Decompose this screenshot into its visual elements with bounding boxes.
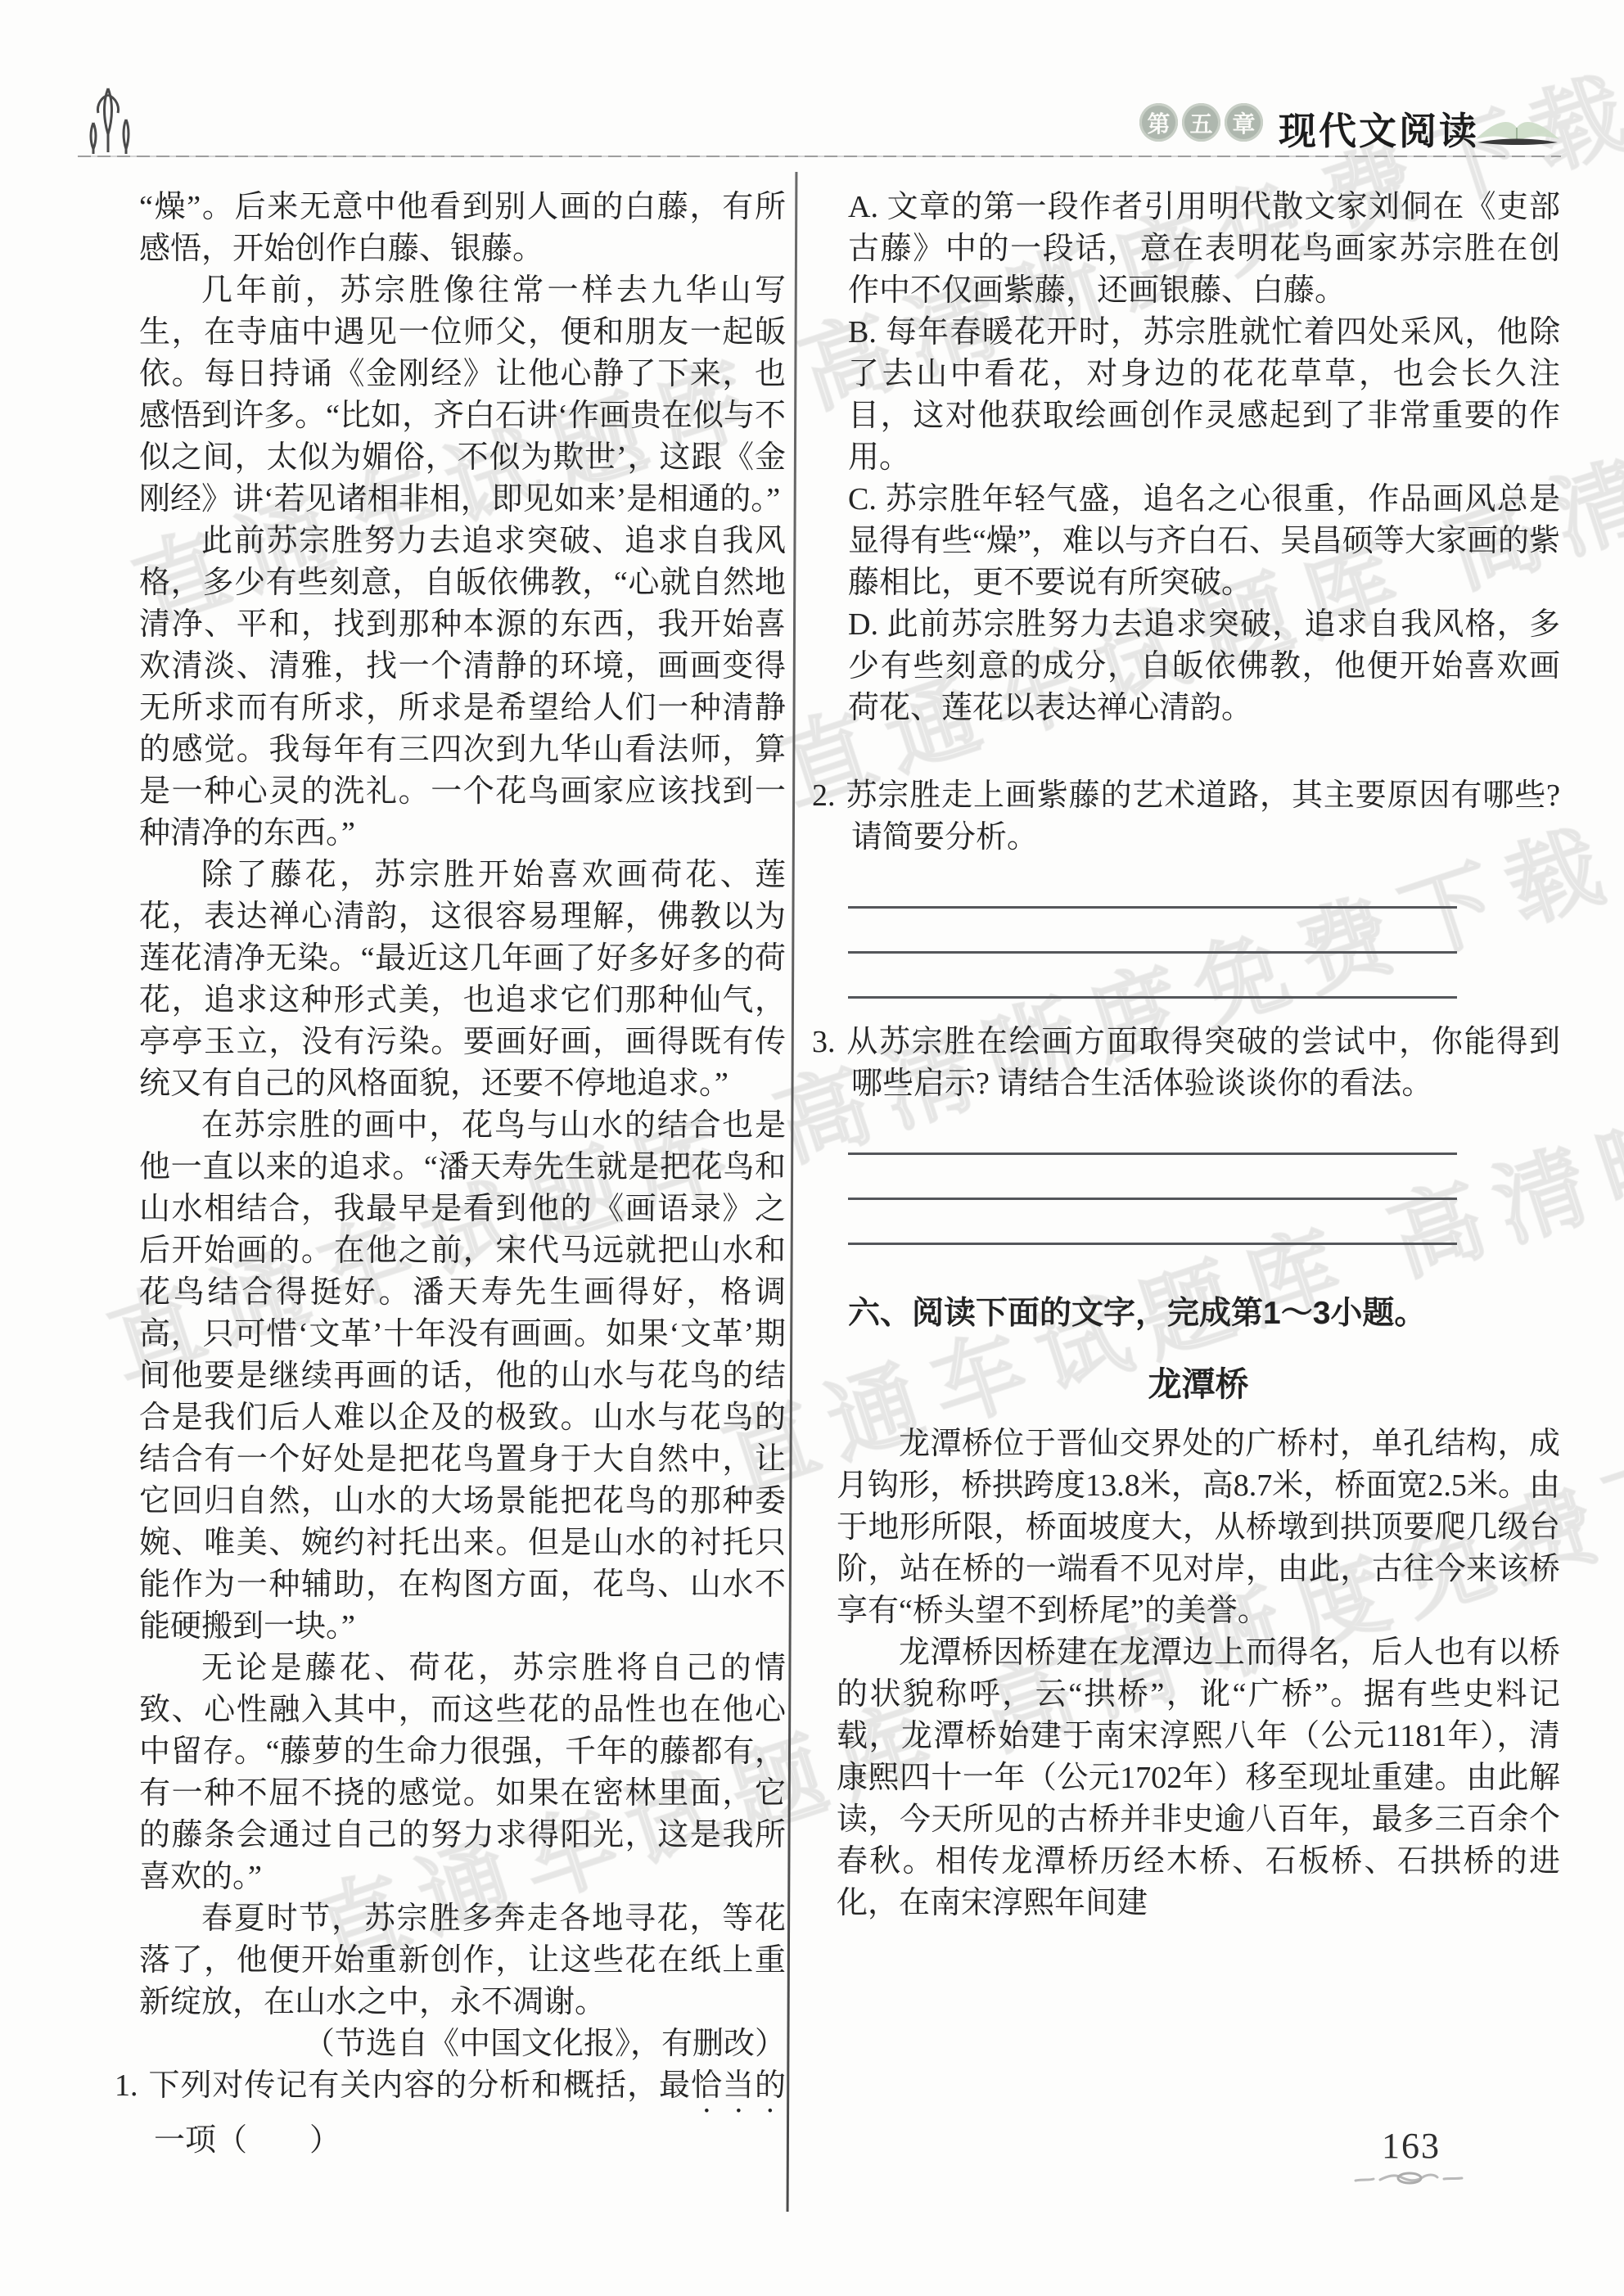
question-emphasis: 恰当的 [691,2068,786,2103]
textbook-page: 直通车试题库 高清晰度免费下载 直通车试题库 高清晰度免费下载 直通车试题库 高… [0,0,1624,2296]
left-column: “燥”。后来无意中他看到别人画的白藤，有所感悟，开始创作白藤、银藤。 几年前，苏… [139,187,786,2162]
publisher-logo-icon [83,80,142,160]
section-title: 现代文阅读 [1279,101,1479,156]
choice-option-d: D. 此前苏宗胜努力去追求突破，追求自我风格，多少有些刻意的成分，自皈依佛教，他… [848,604,1560,729]
chapter-badge-char: 第 [1139,103,1178,142]
open-book-icon [1469,92,1566,161]
header-divider [78,156,1561,157]
passage-paragraph: 几年前，苏宗胜像往常一样去九华山写生，在寺庙中遇见一位师父，便和朋友一起皈依。每… [139,270,786,521]
passage-paragraph: 龙潭桥因桥建在龙潭边上而得名，后人也有以桥的状貌称呼，云“拱桥”，讹“广桥”。据… [837,1632,1560,1924]
question-text: 一项（ ） [154,2123,341,2158]
answer-blank-line [848,1155,1457,1200]
column-divider [787,172,798,2212]
answer-blank-line [848,1110,1457,1155]
question-2: 2.苏宗胜走上画紫藤的艺术道路，其主要原因有哪些? 请简要分析。 [812,775,1560,859]
answer-blank-line [848,954,1457,999]
choice-option-c: C. 苏宗胜年轻气盛，追名之心很重，作品画风总是显得有些“燥”，难以与齐白石、吴… [848,479,1560,604]
passage-paragraph: 龙潭桥位于晋仙交界处的广桥村，单孔结构，成月钩形，桥拱跨度13.8米，高8.7米… [837,1423,1560,1632]
answer-blank-line [848,909,1457,954]
question-number: 2. [812,778,836,813]
passage-paragraph: 除了藤花，苏宗胜开始喜欢画荷花、莲花，表达禅心清韵，这很容易理解，佛教以为莲花清… [139,855,786,1105]
question-text: 下列对传记有关内容的分析和概括，最 [148,2068,692,2103]
section-6-heading: 六、阅读下面的文字，完成第1～3小题。 [848,1292,1560,1334]
question-3: 3.从苏宗胜在绘画方面取得突破的尝试中，你能得到哪些启示? 请结合生活体验谈谈你… [812,1022,1560,1105]
choice-option-b: B. 每年春暖花开时，苏宗胜就忙着四处采风，他除了去山中看花，对身边的花花草草，… [848,312,1560,479]
page-number: 163 [1382,2125,1441,2167]
answer-lines [848,1110,1457,1245]
right-column: A. 文章的第一段作者引用明代散文家刘侗在《吏部古藤》中的一段话，意在表明花鸟画… [837,187,1560,1924]
chapter-badge-char: 章 [1225,103,1263,142]
passage-paragraph: 无论是藤花、荷花，苏宗胜将自己的情致、心性融入其中，而这些花的品性也在他心中留存… [139,1648,786,1898]
answer-lines [848,864,1457,999]
passage-paragraph: 春夏时节，苏宗胜多奔走各地寻花，等花落了，他便开始重新创作，让这些花在纸上重新绽… [139,1898,786,2023]
passage-paragraph: 在苏宗胜的画中，花鸟与山水的结合也是他一直以来的追求。“潘天寿先生就是把花鸟和山… [139,1105,786,1648]
question-1: 1.下列对传记有关内容的分析和概括，最恰当的一项（ ） [115,2065,786,2162]
passage-paragraph: 此前苏宗胜努力去追求突破、追求自我风格，多少有些刻意，自皈依佛教，“心就自然地清… [139,521,786,855]
passage-paragraph: “燥”。后来无意中他看到别人画的白藤，有所感悟，开始创作白藤、银藤。 [139,187,786,270]
passage-title: 龙潭桥 [837,1364,1560,1405]
chapter-badge-char: 五 [1182,103,1220,142]
page-flourish-icon [1352,2167,1467,2193]
question-text: 从苏宗胜在绘画方面取得突破的尝试中，你能得到哪些启示? 请结合生活体验谈谈你的看… [846,1025,1561,1101]
choice-option-a: A. 文章的第一段作者引用明代散文家刘侗在《吏部古藤》中的一段话，意在表明花鸟画… [848,187,1560,312]
question-number: 1. [115,2068,138,2103]
source-note: （节选自《中国文化报》，有删改） [139,2023,786,2065]
chapter-badge: 第 五 章 [1139,103,1263,142]
question-text: 苏宗胜走上画紫藤的艺术道路，其主要原因有哪些? 请简要分析。 [846,778,1561,855]
answer-blank-line [848,864,1457,909]
question-number: 3. [812,1025,836,1059]
answer-blank-line [848,1200,1457,1245]
